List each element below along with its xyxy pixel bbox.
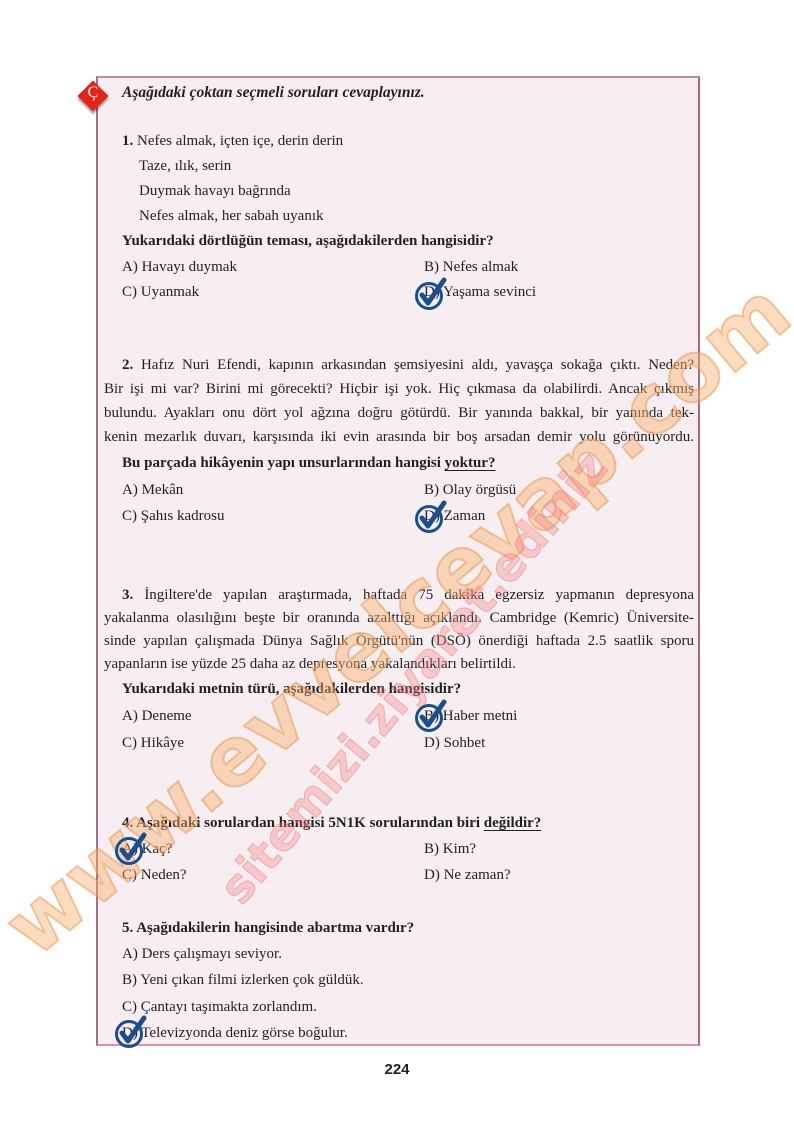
poem-line: Nefes almak, içten içe, derin derin xyxy=(137,133,343,149)
poem-line: Duymak havayı bağrında xyxy=(139,183,291,200)
poem-line: Taze, ılık, serin xyxy=(139,158,231,175)
option-c[interactable]: C) Hikâye xyxy=(122,735,184,752)
passage-line: yakalanma olasılığını beşte bir oranında… xyxy=(104,610,694,627)
option-b[interactable]: B) Yeni çıkan filmi izlerken çok güldük. xyxy=(122,972,364,989)
passage-line: İngiltere'de yapılan araştırmada, haftad… xyxy=(144,587,694,603)
page-number: 224 xyxy=(0,1061,794,1078)
option-c[interactable]: C) Çantayı taşımakta zorlandım. xyxy=(122,999,317,1016)
option-d[interactable]: D) Ne zaman? xyxy=(424,867,511,884)
instruction-heading: Aşağıdaki çoktan seçmeli soruları cevapl… xyxy=(122,84,425,102)
poem-line: Nefes almak, her sabah uyanık xyxy=(139,208,324,225)
checkmark-icon xyxy=(414,277,448,311)
underlined-word: yoktur? xyxy=(445,455,496,471)
checkmark-icon xyxy=(414,500,448,534)
option-a[interactable]: A) Havayı duymak xyxy=(122,259,237,276)
option-a[interactable]: A) Ders çalışmayı seviyor. xyxy=(122,946,282,963)
question-prompt: Yukarıdaki dörtlüğün teması, aşağıdakile… xyxy=(122,233,494,250)
question-prompt: 5. Aşağıdakilerin hangisinde abartma var… xyxy=(122,920,414,937)
option-b[interactable]: B) Kim? xyxy=(424,841,476,858)
section-letter: Ç xyxy=(78,84,108,102)
question-number: 5. xyxy=(122,920,133,936)
question-number: 2. xyxy=(122,357,133,373)
passage-line: Hafız Nuri Efendi, kapının arkasından şe… xyxy=(141,357,694,373)
passage-line: kenin mezarlık duvarı, karşısında iki ev… xyxy=(104,429,694,446)
option-a[interactable]: A) Mekân xyxy=(122,482,183,499)
option-c[interactable]: C) Şahıs kadrosu xyxy=(122,508,225,525)
question-prompt: Yukarıdaki metnin türü, aşağıdakilerden … xyxy=(122,681,461,698)
question-number: 4. xyxy=(122,815,133,831)
passage-line: yapanların ise yüzde 25 daha az depresyo… xyxy=(104,656,516,673)
option-d[interactable]: D) Televizyonda deniz görse boğulur. xyxy=(122,1025,348,1042)
option-b[interactable]: B) Olay örgüsü xyxy=(424,482,516,499)
option-a[interactable]: A) Deneme xyxy=(122,708,192,725)
checkmark-icon xyxy=(414,699,448,733)
option-b[interactable]: B) Nefes almak xyxy=(424,259,518,276)
question-prompt: Bu parçada hikâyenin yapı unsurlarından … xyxy=(122,455,495,472)
checkmark-icon xyxy=(114,832,148,866)
option-d[interactable]: D) Sohbet xyxy=(424,735,485,752)
question-number: 1. xyxy=(122,133,133,149)
passage-line: bulundu. Ayakları onu dört yol ağzına do… xyxy=(104,405,694,422)
checkmark-icon xyxy=(114,1015,148,1049)
option-c[interactable]: C) Neden? xyxy=(122,867,187,884)
question-number: 3. xyxy=(122,587,133,603)
underlined-word: değildir? xyxy=(484,815,542,831)
option-c[interactable]: C) Uyanmak xyxy=(122,284,199,301)
passage-line: sinde yapılan çalışmada Dünya Sağlık Örg… xyxy=(104,633,694,650)
question-prompt: 4. Aşağıdaki sorulardan hangisi 5N1K sor… xyxy=(122,815,541,832)
passage-line: Bir işi mi var? Birini mi görecekti? Hiç… xyxy=(104,381,694,398)
section-badge: Ç xyxy=(78,81,108,111)
